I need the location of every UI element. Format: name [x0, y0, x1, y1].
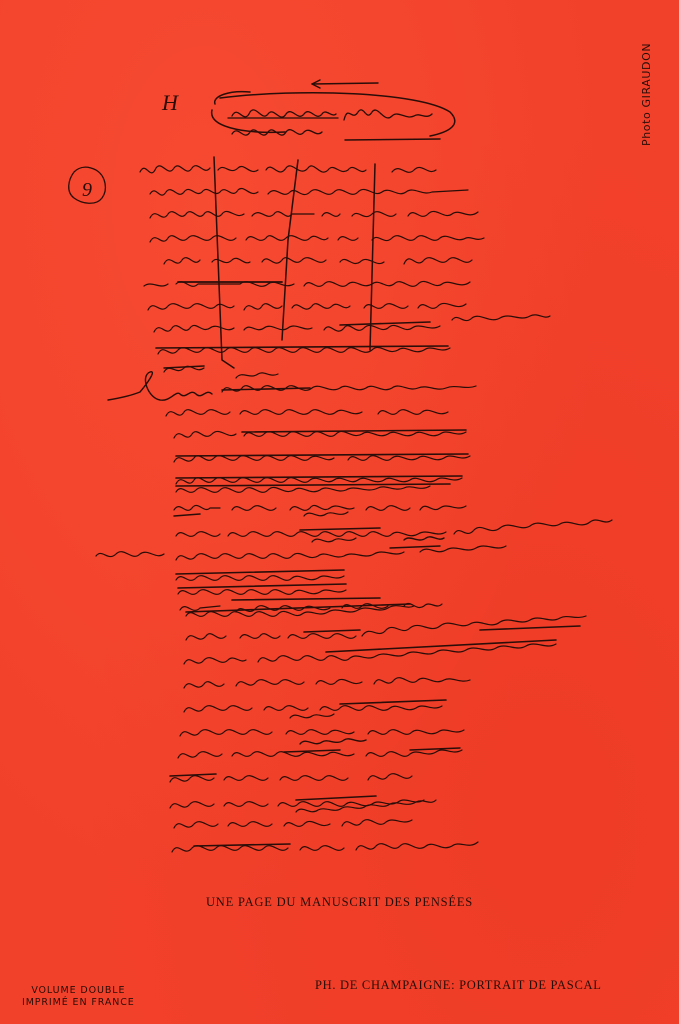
svg-text:H: H [161, 90, 179, 115]
manuscript-paragraph-3 [170, 604, 586, 852]
folio-number-mark: 9 [69, 167, 106, 203]
svg-text:9: 9 [82, 179, 92, 201]
volume-line-2: IMPRIMÉ EN FRANCE [22, 997, 135, 1009]
volume-info: VOLUME DOUBLE IMPRIMÉ EN FRANCE [22, 985, 135, 1009]
book-back-cover: Photo GIRAUDON H [0, 0, 679, 1024]
manuscript-page: H 9 [0, 0, 679, 880]
portrait-credit: PH. DE CHAMPAIGNE: PORTRAIT DE PASCAL [315, 978, 602, 993]
volume-line-1: VOLUME DOUBLE [22, 985, 135, 997]
manuscript-paragraph-1 [140, 166, 550, 372]
manuscript-caption: UNE PAGE DU MANUSCRIT DES PENSÉES [0, 895, 679, 910]
page-mark: H [161, 90, 179, 115]
arrow-left-icon [312, 80, 378, 88]
manuscript-paragraph-2 [96, 372, 612, 612]
